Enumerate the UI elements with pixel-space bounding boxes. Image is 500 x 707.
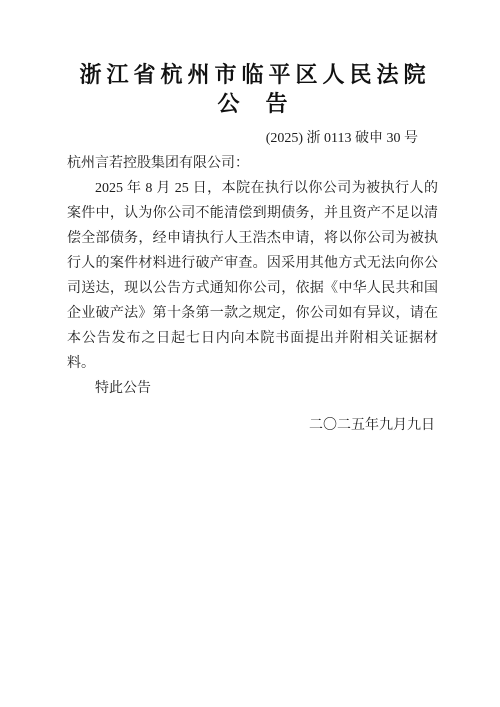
issue-date: 二〇二五年九月九日	[67, 413, 438, 438]
closing-phrase: 特此公告	[67, 376, 438, 401]
court-name-title: 浙江省杭州市临平区人民法院	[67, 62, 438, 88]
case-number: (2025) 浙 0113 破申 30 号	[67, 126, 438, 151]
announcement-title: 公 告	[67, 91, 438, 116]
addressee-line: 杭州言若控股集团有限公司：	[67, 151, 438, 176]
announcement-body: 2025 年 8 月 25 日，本院在执行以你公司为被执行人的案件中，认为你公司…	[67, 176, 438, 376]
court-announcement-page: 浙江省杭州市临平区人民法院 公 告 (2025) 浙 0113 破申 30 号 …	[0, 0, 500, 707]
